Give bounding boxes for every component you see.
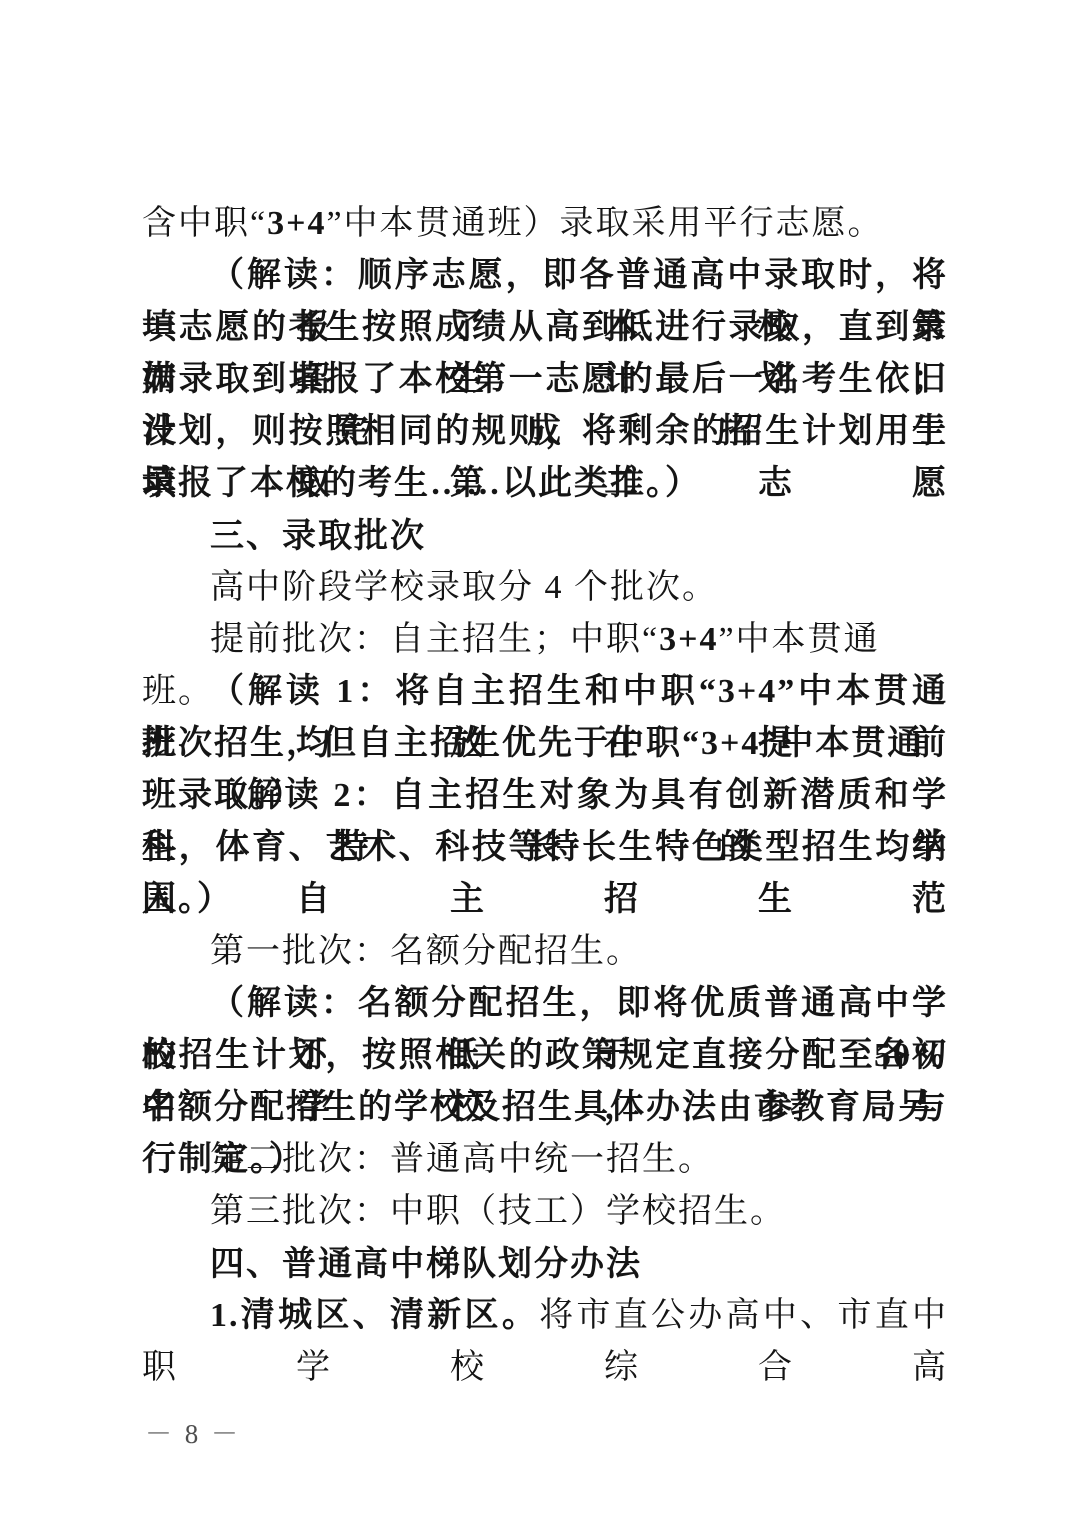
text-segment: 填报了本校的考生……以此类推。） bbox=[142, 465, 701, 502]
paragraph-line: （解读 1：将自主招生和中职“3+4”中本贯通班均放在提前 bbox=[142, 666, 948, 718]
text-segment: 高中阶段学校录取分 4 个批次。 bbox=[210, 569, 718, 606]
text-segment: 含中职“ bbox=[142, 205, 267, 242]
text-segment: 生，体育、艺术、科技等特长生特色类型招生均纳入自主招生范 bbox=[142, 829, 948, 918]
bold-text-segment: 3+4 bbox=[267, 205, 326, 242]
paragraph-line: 第三批次：中职（技工）学校招生。 bbox=[142, 1186, 948, 1238]
section-heading: 四、普通高中梯队划分办法 bbox=[142, 1238, 948, 1290]
paragraph-line: （解读 2：自主招生对象为具有创新潜质和学科特长的学 bbox=[142, 770, 948, 822]
paragraph-line: 提前批次：自主招生；中职“3+4”中本贯通班。 bbox=[142, 614, 948, 666]
paragraph-line: 批次招生，但自主招生优先于中职“3+4”中本贯通班录取。） bbox=[142, 718, 948, 770]
bold-text-segment: 1.清城区、清新区。 bbox=[210, 1297, 539, 1334]
text-segment: ”中本贯通班）录取采用平行志愿。 bbox=[326, 205, 883, 242]
paragraph-line: 名额分配招生的学校及招生具体办法由市教育局另行制定。） bbox=[142, 1082, 948, 1134]
paragraph-line: （解读：名额分配招生，即将优质普通高中学校不低于 50% bbox=[142, 978, 948, 1030]
paragraph-line: 高中阶段学校录取分 4 个批次。 bbox=[142, 562, 948, 614]
paragraph-line: 1.清城区、清新区。将市直公办高中、市直中职学校综合高 bbox=[142, 1290, 948, 1342]
paragraph-line: 计划，则按照相同的规则，将剩余的招生计划用于录取第二志愿 bbox=[142, 406, 948, 458]
section-heading: 三、录取批次 bbox=[142, 510, 948, 562]
text-segment: 围。） bbox=[142, 881, 233, 918]
paragraph-line: 的招生计划，按照相关的政策规定直接分配至各初中学校，参与 bbox=[142, 1030, 948, 1082]
document-body: 含中职“3+4”中本贯通班）录取采用平行志愿。（解读：顺序志愿，即各普通高中录取… bbox=[142, 198, 948, 1342]
paragraph-line: 第二批次：普通高中统一招生。 bbox=[142, 1134, 948, 1186]
paragraph-line: （解读：顺序志愿，即各普通高中录取时，将填报了本校第 bbox=[142, 250, 948, 302]
paragraph-line: 一志愿的考生按照成绩从高到低进行录取，直到录满招生计划； bbox=[142, 302, 948, 354]
bold-text-segment: 3+4 bbox=[659, 621, 718, 658]
text-segment: 第二批次：普通高中统一招生。 bbox=[210, 1141, 714, 1178]
paragraph-line: 生，体育、艺术、科技等特长生特色类型招生均纳入自主招生范 bbox=[142, 822, 948, 874]
paragraph-line: 如录取到填报了本校第一志愿的最后一名考生依旧没完成招生 bbox=[142, 354, 948, 406]
text-segment: 四、普通高中梯队划分办法 bbox=[210, 1245, 642, 1283]
paragraph-line: 第一批次：名额分配招生。 bbox=[142, 926, 948, 978]
text-segment: 第三批次：中职（技工）学校招生。 bbox=[210, 1193, 786, 1230]
page-number: － 8 － bbox=[145, 1418, 241, 1450]
text-segment: 第一批次：名额分配招生。 bbox=[210, 933, 642, 970]
text-segment: 三、录取批次 bbox=[210, 517, 426, 555]
document-page: 含中职“3+4”中本贯通班）录取采用平行志愿。（解读：顺序志愿，即各普通高中录取… bbox=[0, 0, 1080, 1527]
paragraph-line: 含中职“3+4”中本贯通班）录取采用平行志愿。 bbox=[142, 198, 948, 250]
text-segment: 提前批次：自主招生；中职“ bbox=[210, 621, 659, 658]
